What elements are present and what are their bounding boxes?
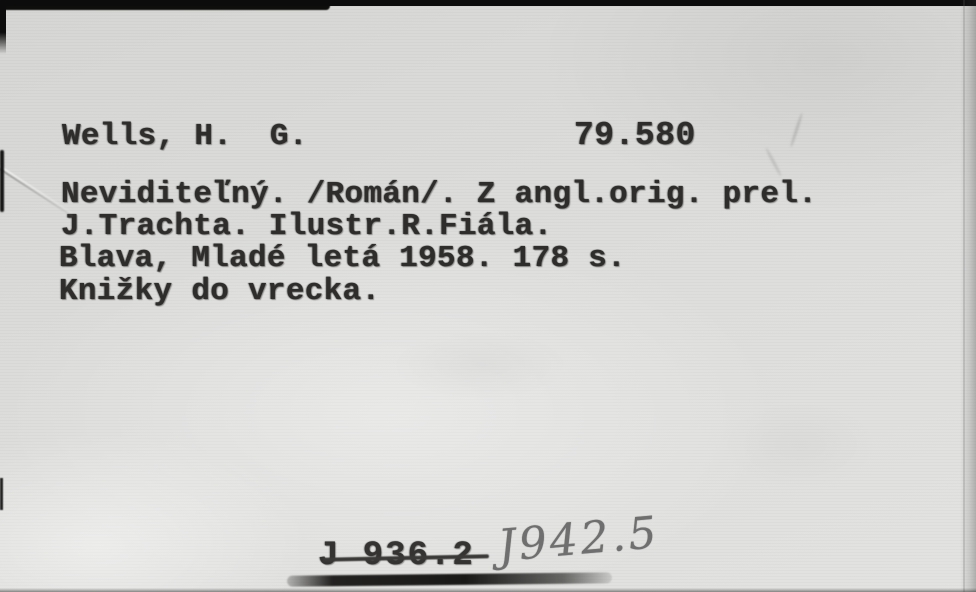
call-number: 79.580 (574, 119, 696, 152)
scan-edge-left (0, 0, 6, 54)
catalog-card-scan: Wells, H. G. 79.580 Neviditeľný. /Román/… (0, 0, 976, 592)
underline-smudge (287, 572, 612, 586)
body-line-translator: J.Trachta. Ilustr.R.Fiála. (61, 211, 552, 242)
body-line-imprint: Blava, Mladé letá 1958. 178 s. (59, 243, 626, 274)
pencil-smudge (790, 112, 804, 147)
author-heading: Wells, H. G. (62, 121, 308, 152)
new-classification-handwritten: J942.5 (496, 511, 661, 569)
paper-stain (720, 400, 880, 490)
paper-stain (390, 330, 570, 400)
body-line-title: Neviditeľný. /Román/. Z angl.orig. prel. (61, 179, 817, 210)
scan-edge-left (0, 150, 4, 212)
scan-edge-bottom (0, 588, 976, 592)
scan-edge-right (963, 0, 965, 592)
pencil-smudge (765, 147, 783, 177)
scan-edge-left (0, 478, 3, 510)
body-line-series: Knižky do vrecka. (59, 276, 380, 307)
scan-edge-top (0, 0, 976, 6)
